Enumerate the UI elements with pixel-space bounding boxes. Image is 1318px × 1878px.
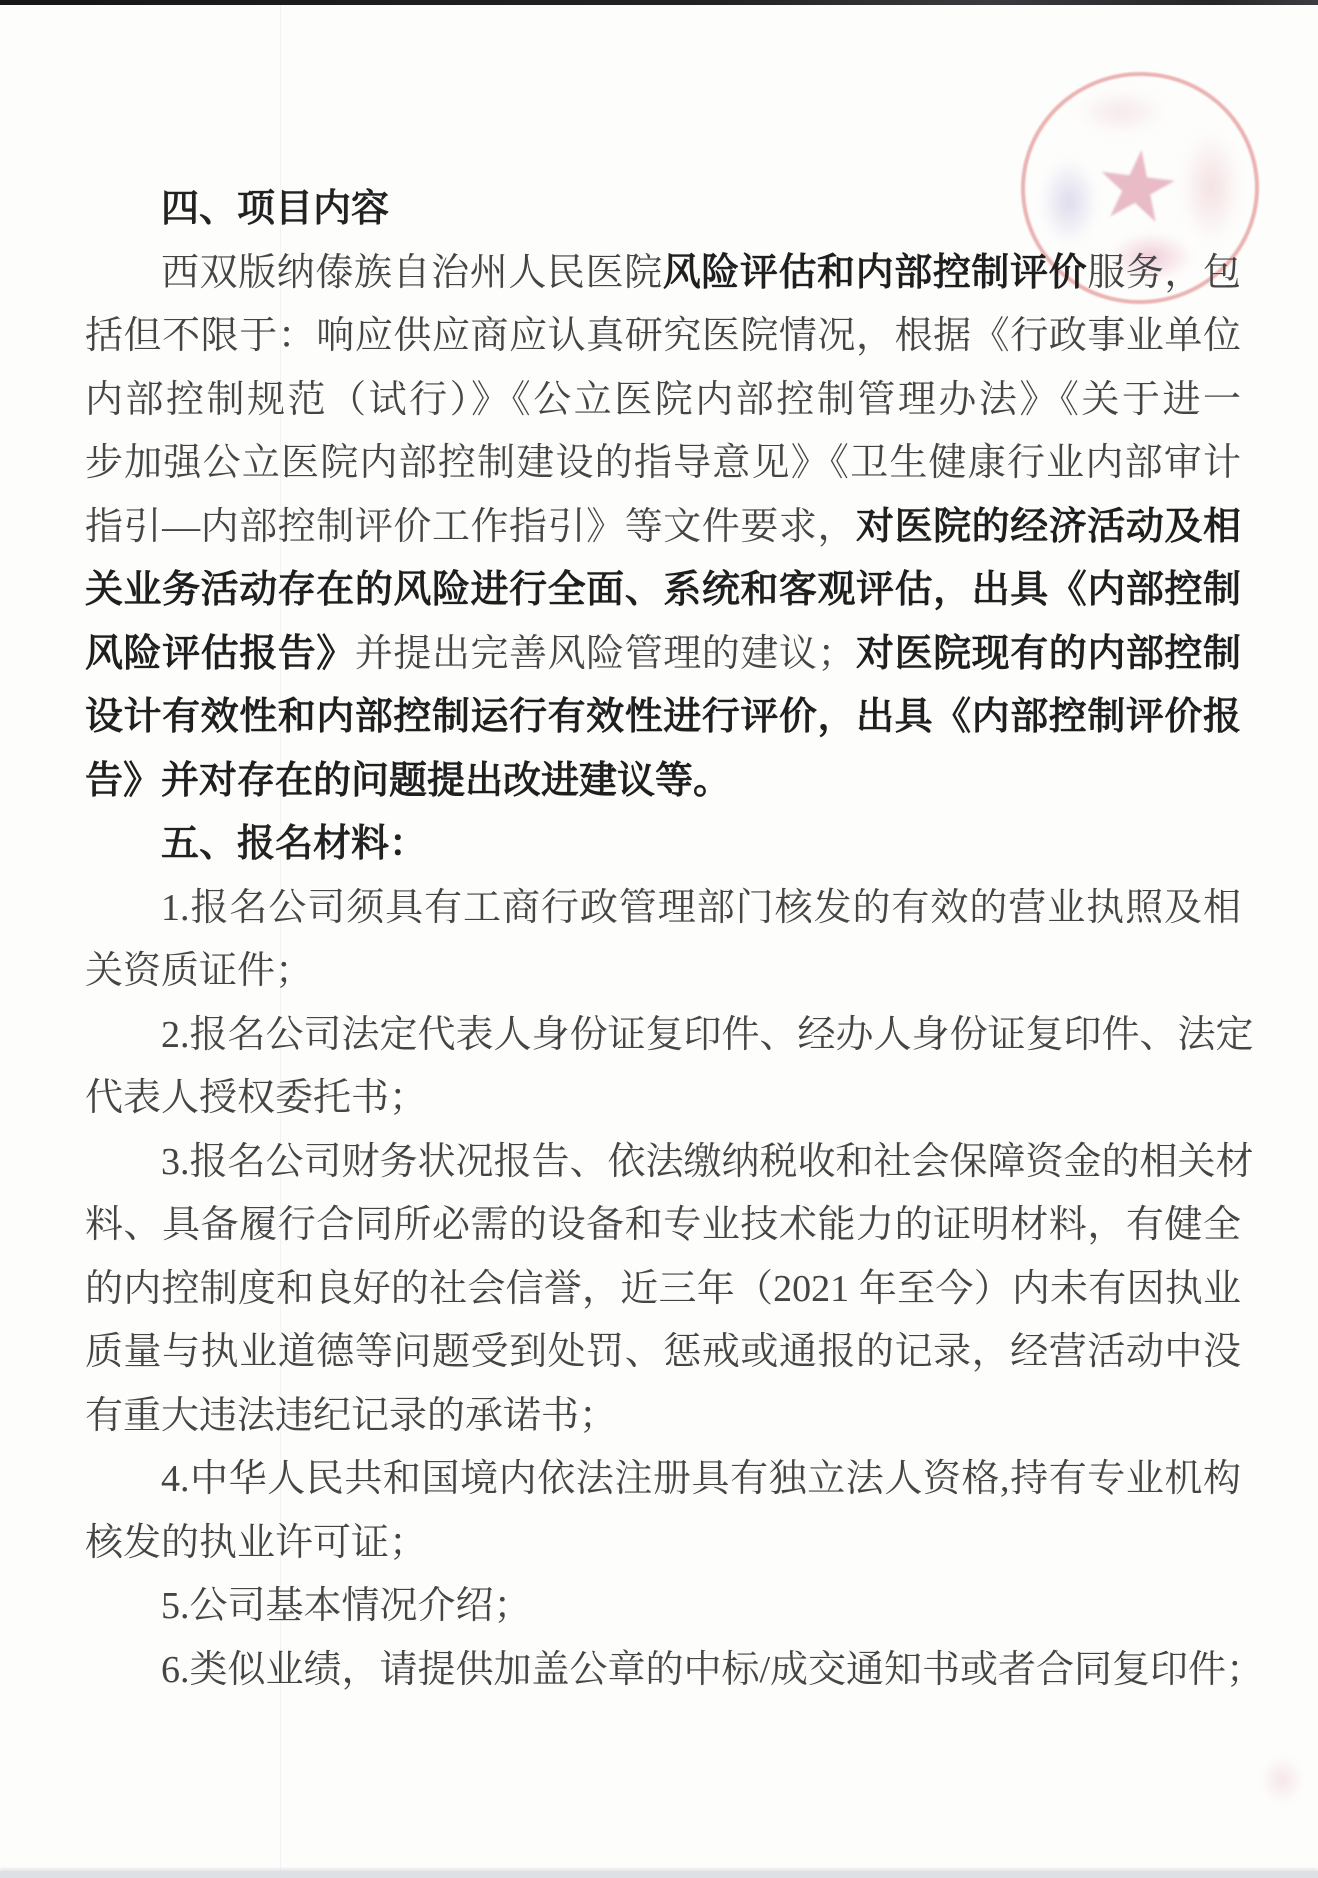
text-line: 告》并对存在的问题提出改进建议等。 [85, 750, 1241, 814]
text-segment: 风险评估报告》 [85, 633, 355, 675]
scan-bottom-edge [0, 1871, 1318, 1878]
text-line: 风险评估报告》并提出完善风险管理的建议；对医院现有的内部控制 [85, 623, 1241, 687]
text-line: 关业务活动存在的风险进行全面、系统和客观评估，出具《内部控制 [85, 559, 1241, 623]
text-segment: 西双版纳傣族自治州人民医院 [161, 252, 663, 294]
text-line: 4.中华人民共和国境内依法注册具有独立法人资格,持有专业机构 [85, 1448, 1241, 1512]
text-line: 括但不限于：响应供应商应认真研究医院情况，根据《行政事业单位 [85, 305, 1241, 369]
text-segment: 核发的执业许可证； [85, 1522, 427, 1564]
scan-ink-smudge [1252, 1745, 1312, 1815]
text-segment: 的内控制度和良好的社会信誉，近三年（2021 年至今）内未有因执业 [85, 1268, 1241, 1310]
text-segment: 五、报名材料： [161, 823, 427, 865]
text-line: 2.报名公司法定代表人身份证复印件、经办人身份证复印件、法定 [85, 1004, 1241, 1068]
text-line: 有重大违法违纪记录的承诺书； [85, 1385, 1241, 1449]
text-segment: 5.公司基本情况介绍； [161, 1585, 532, 1627]
text-segment: 3.报名公司财务状况报告、依法缴纳税收和社会保障资金的相关材 [161, 1141, 1254, 1183]
text-line: 代表人授权委托书； [85, 1067, 1241, 1131]
text-segment: 对医院的经济活动及相 [856, 506, 1241, 548]
text-line: 3.报名公司财务状况报告、依法缴纳税收和社会保障资金的相关材 [85, 1131, 1241, 1195]
text-segment: 4.中华人民共和国境内依法注册具有独立法人资格,持有专业机构 [161, 1458, 1241, 1500]
scan-top-edge [0, 0, 1318, 5]
text-line: 6.类似业绩，请提供加盖公章的中标/成交通知书或者合同复印件； [85, 1639, 1241, 1703]
text-line: 西双版纳傣族自治州人民医院风险评估和内部控制评价服务，包 [85, 242, 1241, 306]
text-line: 1.报名公司须具有工商行政管理部门核发的有效的营业执照及相 [85, 877, 1241, 941]
scanned-document-page: ★ 四、项目内容 西双版纳傣族自治州人民医院风险评估和内部控制评价服务，包 括但… [0, 0, 1318, 1878]
text-line: 的内控制度和良好的社会信誉，近三年（2021 年至今）内未有因执业 [85, 1258, 1241, 1322]
text-line: 内部控制规范（试行）》《公立医院内部控制管理办法》《关于进一 [85, 369, 1241, 433]
text-segment: 关业务活动存在的风险进行全面、系统和客观评估，出具《内部控制 [85, 569, 1241, 611]
document-body: 四、项目内容 西双版纳傣族自治州人民医院风险评估和内部控制评价服务，包 括但不限… [85, 178, 1241, 1702]
text-segment: 质量与执业道德等问题受到处罚、惩戒或通报的记录，经营活动中没 [85, 1331, 1241, 1373]
text-line: 质量与执业道德等问题受到处罚、惩戒或通报的记录，经营活动中没 [85, 1321, 1241, 1385]
text-line: 料、具备履行合同所必需的设备和专业技术能力的证明材料，有健全 [85, 1194, 1241, 1258]
text-segment: 料、具备履行合同所必需的设备和专业技术能力的证明材料，有健全 [85, 1204, 1241, 1246]
text-segment: 指引—内部控制评价工作指引》等文件要求， [85, 506, 856, 548]
text-segment: 并提出完善风险管理的建议； [355, 633, 856, 675]
text-segment: 括但不限于：响应供应商应认真研究医院情况，根据《行政事业单位 [85, 315, 1241, 357]
text-segment: 步加强公立医院内部控制建设的指导意见》《卫生健康行业内部审计 [85, 442, 1241, 484]
text-line: 步加强公立医院内部控制建设的指导意见》《卫生健康行业内部审计 [85, 432, 1241, 496]
text-segment: 风险评估和内部控制评价 [663, 252, 1088, 294]
text-segment: 对医院现有的内部控制 [855, 633, 1241, 675]
text-line: 5.公司基本情况介绍； [85, 1575, 1241, 1639]
text-segment: 内部控制规范（试行）》《公立医院内部控制管理办法》《关于进一 [85, 379, 1241, 421]
text-line: 核发的执业许可证； [85, 1512, 1241, 1576]
section-heading-4: 四、项目内容 [85, 178, 1241, 242]
section-heading-5: 五、报名材料： [85, 813, 1241, 877]
text-line: 指引—内部控制评价工作指引》等文件要求，对医院的经济活动及相 [85, 496, 1241, 560]
text-line: 设计有效性和内部控制运行有效性进行评价，出具《内部控制评价报 [85, 686, 1241, 750]
text-segment: 代表人授权委托书； [85, 1077, 427, 1119]
text-segment: 有重大违法违纪记录的承诺书； [85, 1395, 617, 1437]
text-segment: 服务，包 [1087, 252, 1241, 294]
text-segment: 1.报名公司须具有工商行政管理部门核发的有效的营业执照及相 [161, 887, 1241, 929]
text-segment: 告》并对存在的问题提出改进建议等。 [85, 760, 731, 802]
text-segment: 关资质证件； [85, 950, 313, 992]
text-segment: 6.类似业绩，请提供加盖公章的中标/成交通知书或者合同复印件； [161, 1649, 1264, 1691]
text-line: 关资质证件； [85, 940, 1241, 1004]
text-segment: 设计有效性和内部控制运行有效性进行评价，出具《内部控制评价报 [85, 696, 1241, 738]
text-segment: 2.报名公司法定代表人身份证复印件、经办人身份证复印件、法定 [161, 1014, 1254, 1056]
text-segment: 四、项目内容 [161, 188, 389, 230]
